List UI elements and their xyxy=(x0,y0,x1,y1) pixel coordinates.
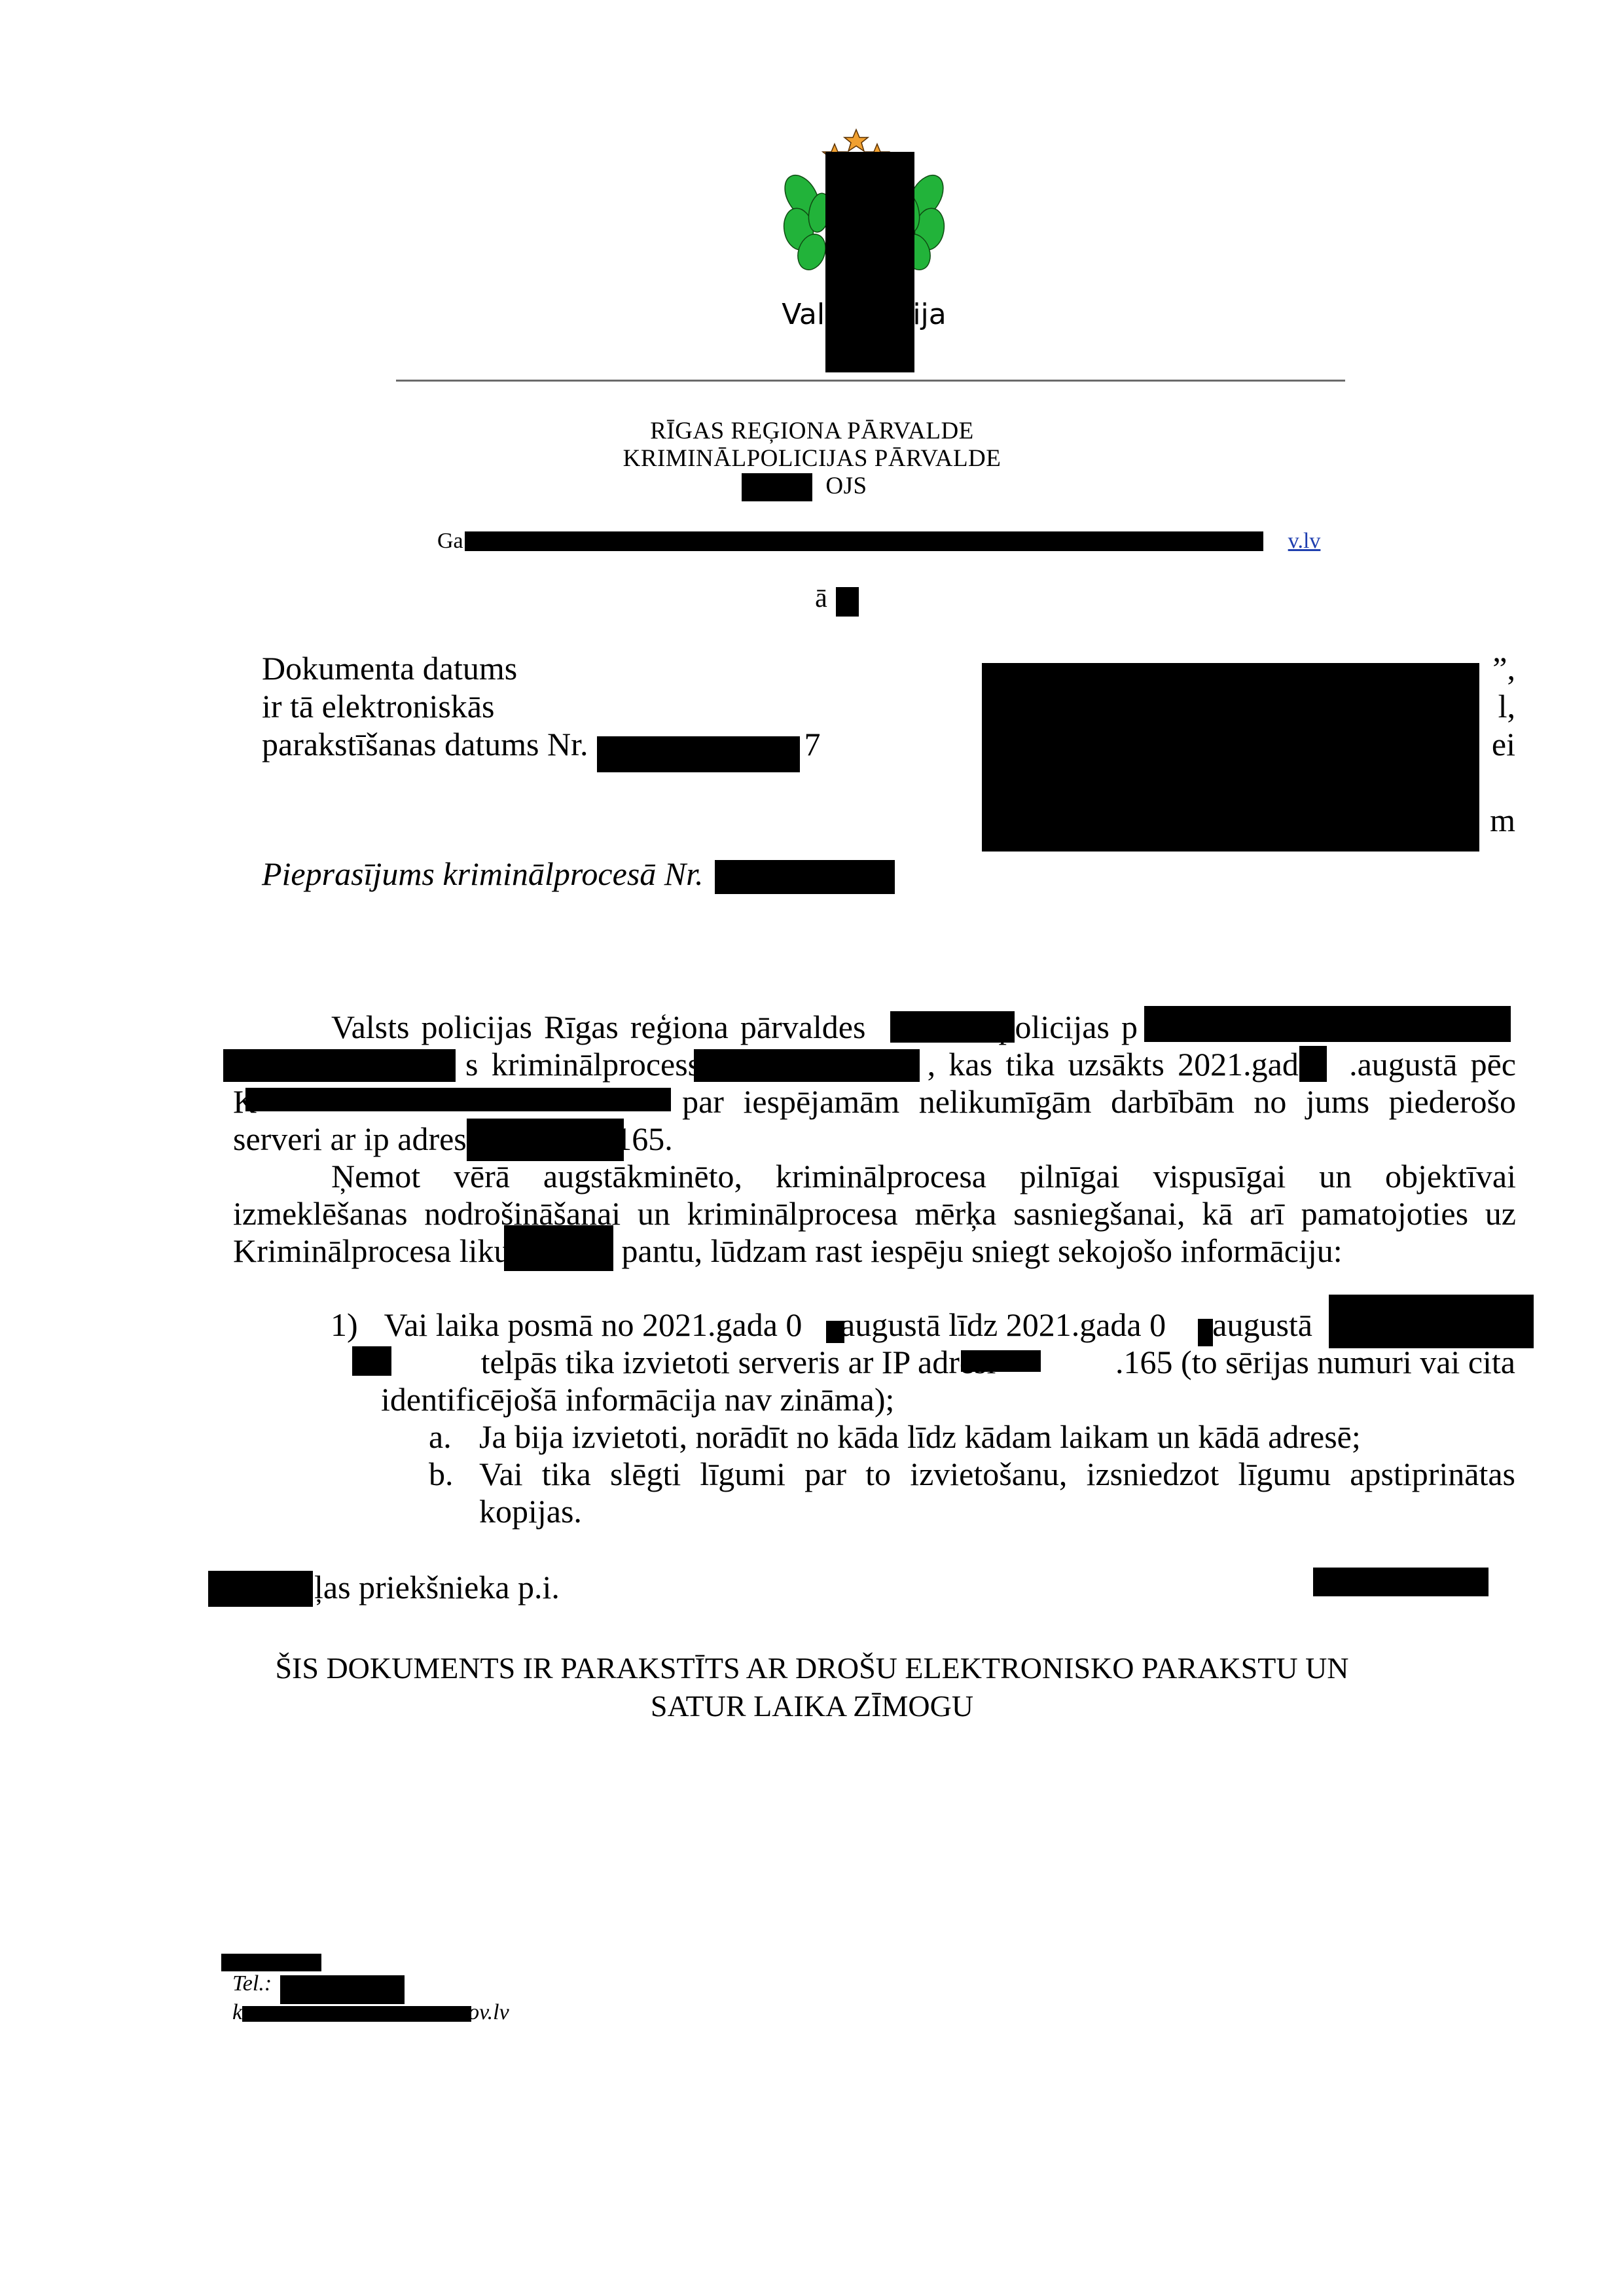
registration-number-tail: 7 xyxy=(804,726,821,762)
subject-text: Pieprasījums kriminālprocesā Nr. xyxy=(262,855,704,892)
list-item-1-line-3: identificējošā informācija nav zināma); xyxy=(381,1380,894,1418)
redaction-block xyxy=(825,152,914,372)
redaction-block xyxy=(1299,1046,1327,1082)
redaction-block xyxy=(242,2006,471,2022)
p1-text: , kas tika uzsākts 2021.gada xyxy=(928,1046,1313,1083)
p1-text: par iespējamām nelikumīgām darbībām no j… xyxy=(682,1083,1516,1120)
redaction-block xyxy=(1198,1319,1213,1346)
redaction-block xyxy=(836,587,859,617)
p1-text: .augustā pēc xyxy=(1349,1046,1516,1083)
redaction-block xyxy=(1313,1568,1489,1596)
sub-item-b-marker: b. xyxy=(429,1455,454,1493)
electronic-signature-notice: ŠIS DOKUMENTS IR PARAKSTĪTS AR DROŠU ELE… xyxy=(0,1649,1624,1725)
p2-text: izmeklēšanas nodrošināšanai un kriminālp… xyxy=(233,1195,1516,1232)
place-text: ā xyxy=(815,583,827,613)
p2-text: Ņemot vērā augstākminēto, kriminālproces… xyxy=(331,1158,1516,1194)
list-text: telpās tika izvietoti serveris ar IP adr… xyxy=(481,1343,996,1381)
header-divider xyxy=(396,380,1345,382)
header-line-2: KRIMINĀLPOLICIJAS PĀRVALDE xyxy=(0,445,1624,473)
list-text: augustā līdz 2021.gada 0 xyxy=(840,1306,1166,1344)
p1-text: serveri ar ip adres xyxy=(233,1121,467,1157)
notice-line-2: SATUR LAIKA ZĪMOGU xyxy=(0,1687,1624,1725)
redaction-block xyxy=(208,1571,313,1607)
email-prefix: k xyxy=(232,2000,242,2024)
list-marker: 1) xyxy=(331,1306,358,1344)
date-line-2: ir tā elektroniskās xyxy=(262,687,821,725)
footer-phone: Tel.: xyxy=(232,1969,272,1999)
subject-line: Pieprasījums kriminālprocesā Nr. xyxy=(262,855,704,893)
redaction-block xyxy=(1144,1006,1511,1042)
place-of-issue: ā xyxy=(0,583,1624,614)
p1-text: Valsts policijas Rīgas reģiona pārvaldes xyxy=(331,1009,865,1045)
redaction-block xyxy=(597,736,800,772)
list-item-1-line-2: telpās tika izvietoti serveris ar IP adr… xyxy=(381,1343,1515,1381)
redaction-block xyxy=(715,860,895,894)
list-text: .165 (to sērijas numuri vai cita xyxy=(1115,1344,1515,1380)
redaction-block xyxy=(245,1088,671,1111)
contact-prefix: Ga xyxy=(437,529,463,553)
p2-text: Kriminālprocesa liku xyxy=(233,1232,511,1269)
list-text: .augustā xyxy=(1204,1306,1312,1343)
list-text: Vai laika posmā no 2021.gada 0 xyxy=(384,1306,803,1344)
redaction-block xyxy=(504,1225,613,1271)
sub-item-a-marker: a. xyxy=(429,1418,452,1456)
paragraph-1-line-4: serveri ar ip adres.165. xyxy=(233,1120,1516,1158)
phone-label: Tel.: xyxy=(232,1971,272,1996)
header-line-1: RĪGAS REĢIONA PĀRVALDE xyxy=(0,418,1624,445)
logo-caption-left: Val xyxy=(782,298,825,331)
redaction-block xyxy=(352,1346,391,1376)
p1-text: policijas p xyxy=(999,1009,1138,1045)
paragraph-2-line-3: Kriminālprocesa likupantu, lūdzam rast i… xyxy=(233,1232,1516,1270)
sub-item-b-text-line-1: Vai tika slēgti līgumi par to izvietošan… xyxy=(479,1455,1515,1493)
registration-number-label: parakstīšanas datums Nr. xyxy=(262,726,588,762)
redaction-block xyxy=(467,1119,624,1161)
redaction-block xyxy=(742,473,812,501)
date-line-1: Dokumenta datums xyxy=(262,649,821,687)
redaction-block xyxy=(826,1321,844,1343)
redaction-block xyxy=(890,1011,1015,1043)
p2-text: pantu, lūdzam rast iespēju sniegt sekojo… xyxy=(622,1232,1343,1269)
sub-item-b-text-line-2: kopijas. xyxy=(479,1492,582,1530)
email-suffix: ov.lv xyxy=(468,2000,509,2024)
redaction-block xyxy=(961,1350,1041,1372)
sub-item-a-text: Ja bija izvietoti, norādīt no kāda līdz … xyxy=(479,1418,1361,1456)
redaction-block xyxy=(982,663,1479,852)
header-line-3-text: OJS xyxy=(825,473,867,499)
redaction-block xyxy=(1329,1295,1534,1348)
paragraph-2-line-2: izmeklēšanas nodrošināšanai un kriminālp… xyxy=(233,1194,1516,1232)
redaction-block xyxy=(694,1049,920,1082)
contact-email-link[interactable]: v.lv xyxy=(1288,529,1321,553)
signatory-title-text: ļas priekšnieka p.i. xyxy=(314,1569,560,1605)
redaction-block xyxy=(465,531,1263,551)
redaction-block xyxy=(223,1049,456,1082)
notice-line-1: ŠIS DOKUMENTS IR PARAKSTĪTS AR DROŠU ELE… xyxy=(0,1649,1624,1687)
paragraph-2-line-1: Ņemot vērā augstākminēto, kriminālproces… xyxy=(233,1157,1516,1195)
